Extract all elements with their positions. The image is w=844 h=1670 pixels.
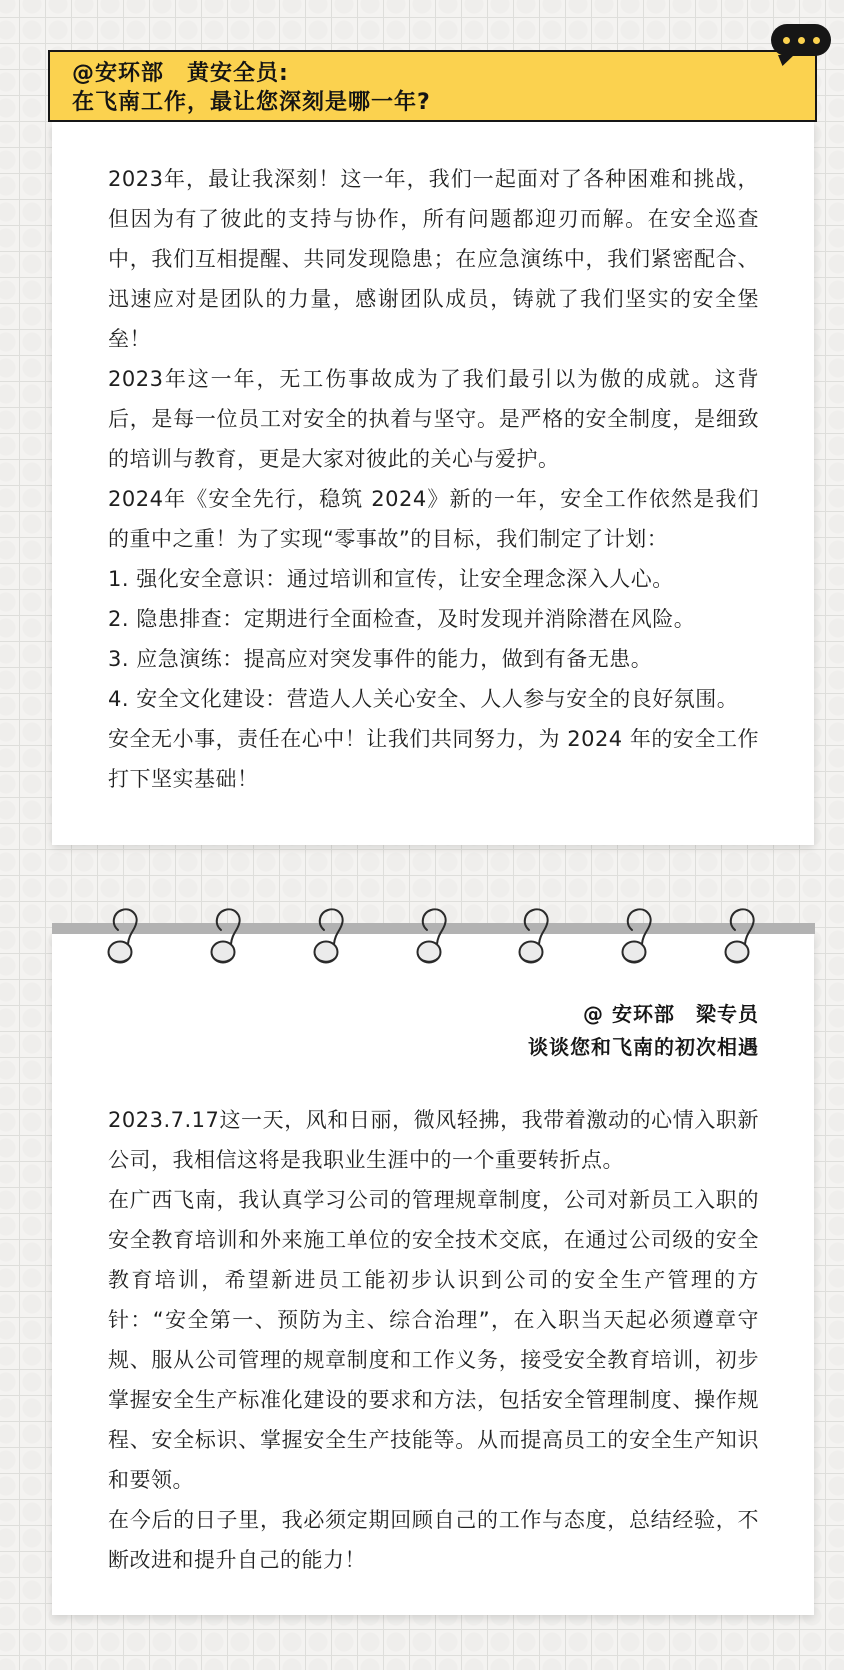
spiral-ring-icon [514, 906, 558, 968]
answer2-paragraph: 在今后的日子里，我必须定期回顾自己的工作与态度，总结经验，不断改进和提升自己的能… [108, 1500, 759, 1580]
answer2-topic: 谈谈您和飞南的初次相遇 [108, 1031, 759, 1064]
answer-card-1: 2023年，最让我深刻！这一年，我们一起面对了各种困难和挑战，但因为有了彼此的支… [52, 122, 814, 845]
answer2-paragraph: 2023.7.17这一天，风和日丽，微风轻拂，我带着激动的心情入职新公司，我相信… [108, 1100, 759, 1180]
bubble-dot [798, 37, 805, 44]
answer2-header: @ 安环部 梁专员 谈谈您和飞南的初次相遇 [108, 998, 759, 1064]
chat-bubble-icon [771, 24, 831, 56]
answer-card-2: @ 安环部 梁专员 谈谈您和飞南的初次相遇 2023.7.17这一天，风和日丽，… [52, 934, 814, 1615]
spiral-ring-icon [309, 906, 353, 968]
spiral-ring-icon [412, 906, 456, 968]
question-banner-author: @安环部 黄安全员: [72, 59, 797, 88]
answer2-author: @ 安环部 梁专员 [108, 998, 759, 1031]
answer2-paragraph: 在广西飞南，我认真学习公司的管理规章制度，公司对新员工入职的安全教育培训和外来施… [108, 1180, 759, 1500]
bubble-dot [813, 37, 820, 44]
answer1-paragraph: 安全无小事，责任在心中！让我们共同努力，为 2024 年的安全工作打下坚实基础！ [108, 719, 759, 799]
answer1-paragraph: 2023年这一年，无工伤事故成为了我们最引以为傲的成就。这背后，是每一位员工对安… [108, 359, 759, 479]
spiral-ring-icon [720, 906, 764, 968]
bubble-dot [783, 37, 790, 44]
answer1-plan-item: 1. 强化安全意识：通过培训和宣传，让安全理念深入人心。 [108, 559, 759, 599]
spiral-ring-icon [206, 906, 250, 968]
spiral-ring-icon [103, 906, 147, 968]
answer1-plan-item: 3. 应急演练：提高应对突发事件的能力，做到有备无患。 [108, 639, 759, 679]
spiral-ring-icon [617, 906, 661, 968]
answer1-plan-item: 2. 隐患排查：定期进行全面检查，及时发现并消除潜在风险。 [108, 599, 759, 639]
answer1-paragraph: 2024年《安全先行，稳筑 2024》新的一年，安全工作依然是我们的重中之重！为… [108, 479, 759, 559]
answer1-plan-item: 4. 安全文化建设：营造人人关心安全、人人参与安全的良好氛围。 [108, 679, 759, 719]
answer1-paragraph: 2023年，最让我深刻！这一年，我们一起面对了各种困难和挑战，但因为有了彼此的支… [108, 159, 759, 359]
question-banner-question: 在飞南工作，最让您深刻是哪一年? [72, 88, 797, 117]
question-banner: @安环部 黄安全员: 在飞南工作，最让您深刻是哪一年? [48, 50, 817, 122]
answer2-body: 2023.7.17这一天，风和日丽，微风轻拂，我带着激动的心情入职新公司，我相信… [108, 1100, 759, 1580]
